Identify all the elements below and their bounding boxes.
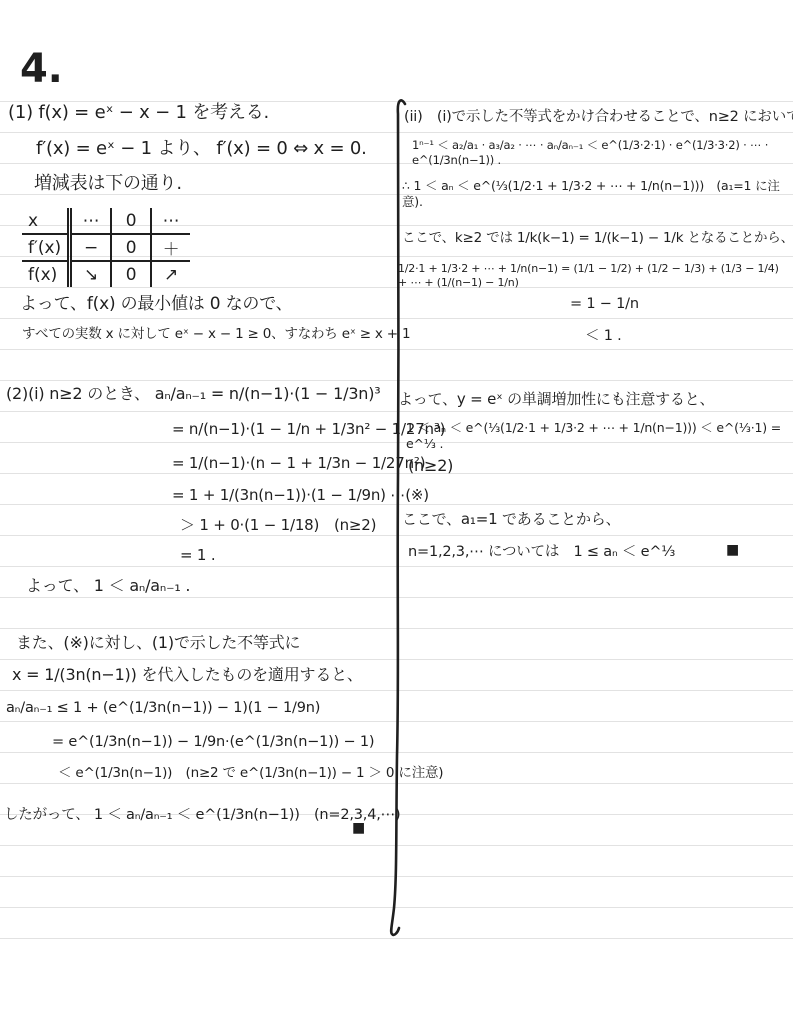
- math-line-minimum: よって、f(x) の最小値は 0 なので、: [20, 294, 292, 315]
- math-line-result-i: したがって、 1 ＜ aₙ/aₙ₋₁ ＜ e^(1/3n(n−1)) (n=2,…: [4, 806, 400, 824]
- math-line-telescope-sum: 1/2·1 + 1/3·2 + ⋯ + 1/n(n−1) = (1/1 − 1/…: [398, 262, 786, 291]
- math-line-condition: (n≥2): [408, 456, 453, 476]
- math-line-def: (1) f(x) = eˣ − x − 1 を考える.: [8, 102, 269, 125]
- problem-number: 4.: [20, 44, 63, 94]
- math-line-lessthan1: ＜ 1 .: [585, 327, 622, 345]
- math-line-bound: ＞ 1 + 0·(1 − 1/18) (n≥2): [180, 516, 376, 535]
- math-line-sum-value: = 1 − 1/n: [570, 295, 639, 313]
- math-line-inequality: すべての実数 x に対して eˣ − x − 1 ≥ 0、すなわち eˣ ≥ x…: [22, 326, 410, 343]
- math-line-lower: よって、 1 ＜ aₙ/aₙ₋₁ .: [26, 576, 190, 596]
- math-line-star: = 1 + 1/(3n(n−1))·(1 − 1/9n) ⋯(※): [172, 486, 429, 505]
- math-line-also: また、(※)に対し、(1)で示した不等式に: [16, 633, 300, 653]
- table-cell: 0: [111, 261, 151, 287]
- qed-mark-right: ■: [726, 542, 739, 558]
- table-cell: ＋: [151, 234, 190, 261]
- math-line-equals1: = 1 .: [180, 546, 215, 565]
- math-line-bound-e13: 1 ＜ aₙ ＜ e^(⅓(1/2·1 + 1/3·2 + ⋯ + 1/n(n−…: [406, 420, 784, 453]
- math-line-monotone: よって、y = eˣ の単調増加性にも注意すると、: [398, 390, 714, 409]
- table-cell: ⋯: [151, 208, 190, 234]
- qed-mark-left: ■: [352, 820, 365, 836]
- table-cell: f′(x): [22, 234, 70, 261]
- table-cell: 0: [111, 234, 151, 261]
- table-cell: f(x): [22, 261, 70, 287]
- math-line-therefore: ∴ 1 ＜ aₙ ＜ e^(⅓(1/2·1 + 1/3·2 + ⋯ + 1/n(…: [402, 178, 784, 211]
- math-line-telescope-id: ここで、k≥2 では 1/k(k−1) = 1/(k−1) − 1/k となるこ…: [402, 230, 793, 247]
- math-line-multiply-intro: (ii) (i)で示した不等式をかけ合わせることで、n≥2 において: [404, 108, 793, 126]
- math-line-ratio: (2)(i) n≥2 のとき、 aₙ/aₙ₋₁ = n/(n−1)·(1 − 1…: [6, 384, 381, 404]
- monotonicity-table: x ⋯ 0 ⋯ f′(x) − 0 ＋ f(x) ↘ 0 ↗: [22, 208, 190, 287]
- math-line-subst: x = 1/(3n(n−1)) を代入したものを適用すると、: [12, 665, 363, 685]
- math-line-table-intro: 増減表は下の通り.: [34, 173, 182, 196]
- table-cell: x: [22, 208, 70, 234]
- math-line-expand: = n/(n−1)·(1 − 1/n + 1/3n² − 1/27n³): [172, 420, 445, 439]
- table-cell: 0: [111, 208, 151, 234]
- math-line-upper3: ＜ e^(1/3n(n−1)) (n≥2 で e^(1/3n(n−1)) − 1…: [58, 765, 443, 782]
- table-cell: −: [70, 234, 112, 261]
- math-line-product: 1ⁿ⁻¹ ＜ a₂/a₁ · a₃/a₂ · ⋯ · aₙ/aₙ₋₁ ＜ e^(…: [412, 138, 787, 168]
- math-line-upper2: = e^(1/3n(n−1)) − 1/9n·(e^(1/3n(n−1)) − …: [52, 733, 374, 751]
- math-line-factor: = 1/(n−1)·(n − 1 + 1/3n − 1/27n²): [172, 454, 425, 473]
- math-line-derivative: f′(x) = eˣ − 1 より、 f′(x) = 0 ⇔ x = 0.: [36, 138, 367, 161]
- math-line-a1: ここで、a₁=1 であることから、: [402, 510, 620, 529]
- math-line-result-ii: n=1,2,3,⋯ については 1 ≤ aₙ ＜ e^⅓: [408, 543, 675, 561]
- table-cell: ↘: [70, 261, 112, 287]
- notebook-page: 4. (1) f(x) = eˣ − x − 1 を考える. f′(x) = e…: [0, 0, 793, 1024]
- table-cell: ⋯: [70, 208, 112, 234]
- math-line-upper1: aₙ/aₙ₋₁ ≤ 1 + (e^(1/3n(n−1)) − 1)(1 − 1/…: [6, 699, 320, 717]
- table-cell: ↗: [151, 261, 190, 287]
